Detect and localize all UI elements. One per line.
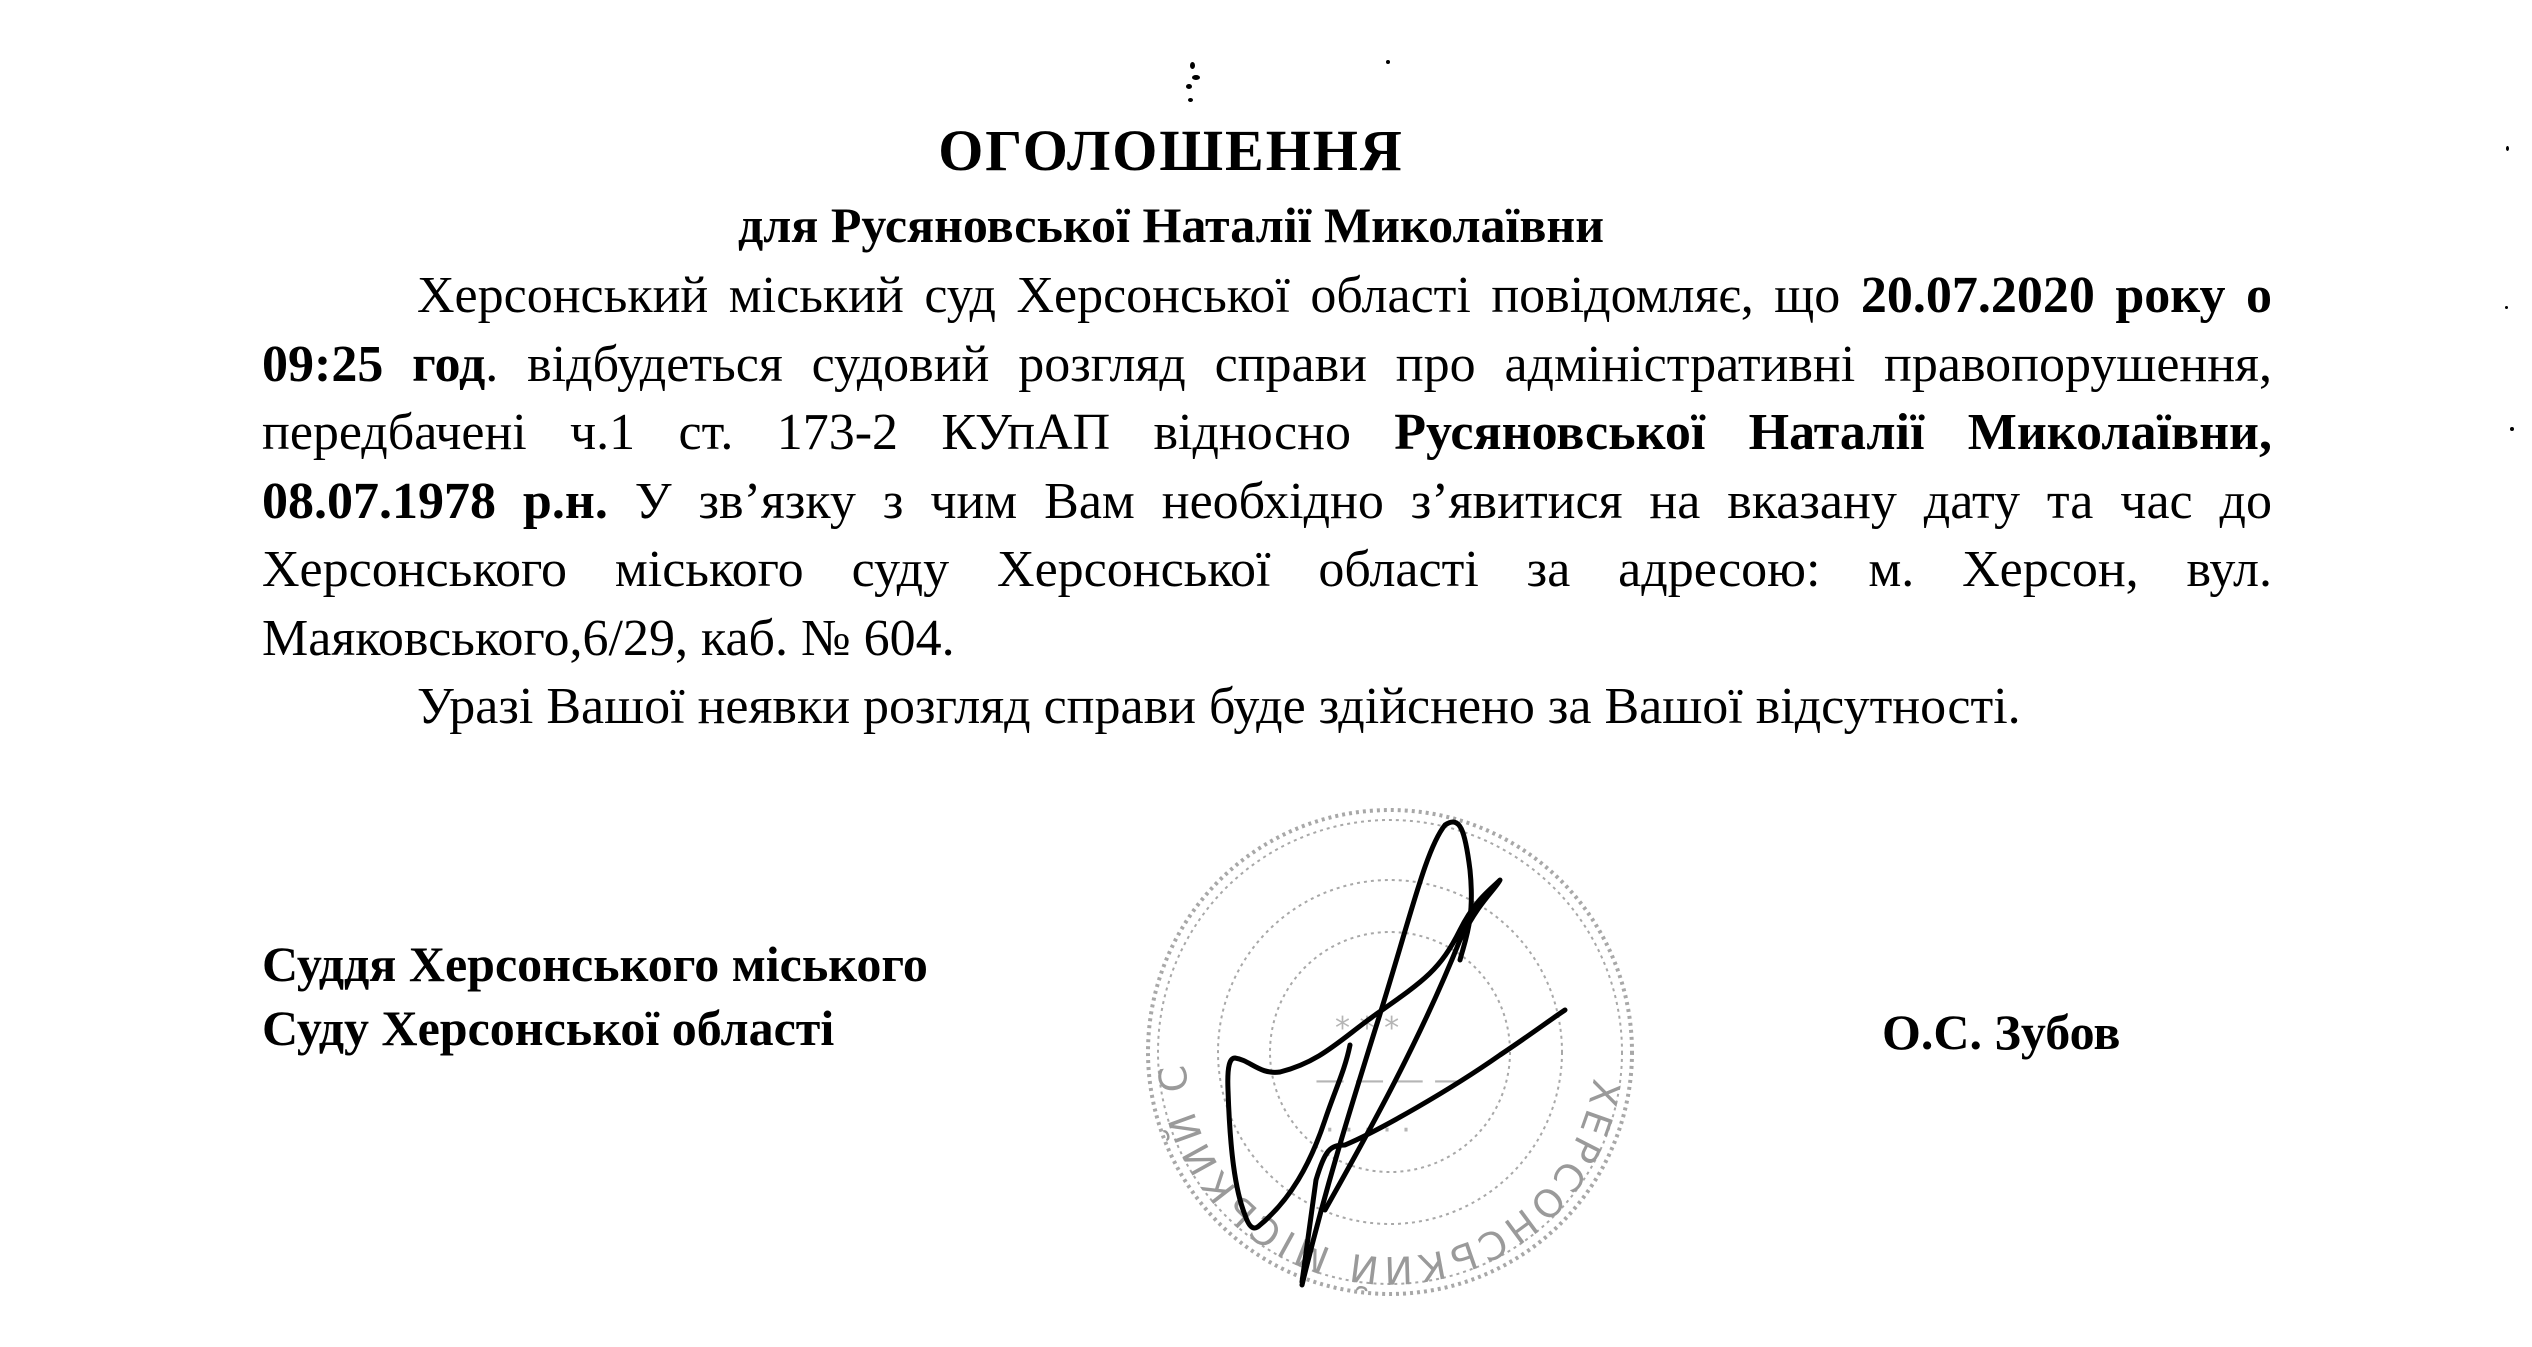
notice-paragraph-main: Херсонський міський суд Херсонської обла… <box>262 262 2272 673</box>
judge-position-line1: Суддя Херсонського міського <box>262 932 928 996</box>
scan-speck <box>2510 427 2514 431</box>
scan-speck <box>2506 146 2509 151</box>
scan-speck <box>1190 62 1195 69</box>
defendant-birth-date: 08.07.1978 р.н. <box>262 473 608 530</box>
scan-speck <box>2505 306 2508 309</box>
scan-speck <box>1186 84 1192 89</box>
judge-position: Суддя Херсонського міського Суду Херсонс… <box>262 932 928 1060</box>
defendant-name: Русяновської Наталії Миколаївни, <box>1394 404 2272 461</box>
notice-title: ОГОЛОШЕННЯ <box>0 122 2437 180</box>
court-stamp-icon: ХЕРСОНСЬКИЙ МІСЬКИЙ СУД ХЕРСОНСЬКОЇ ОБЛА… <box>1120 790 1660 1310</box>
scan-speck <box>1192 75 1200 80</box>
notice-paragraph-absence: Уразі Вашої неявки розгляд справи буде з… <box>262 673 2272 742</box>
judge-name: О.С. Зубов <box>1882 1000 2120 1064</box>
scan-speck <box>1386 60 1390 64</box>
notice-body: Херсонський міський суд Херсонської обла… <box>262 262 2272 742</box>
scan-speck <box>1188 98 1193 102</box>
notice-recipient: для Русяновської Наталії Миколаївни <box>0 200 2437 250</box>
judge-position-line2: Суду Херсонської області <box>262 996 928 1060</box>
court-intro-text: Херсонський міський суд Херсонської обла… <box>417 267 1861 324</box>
